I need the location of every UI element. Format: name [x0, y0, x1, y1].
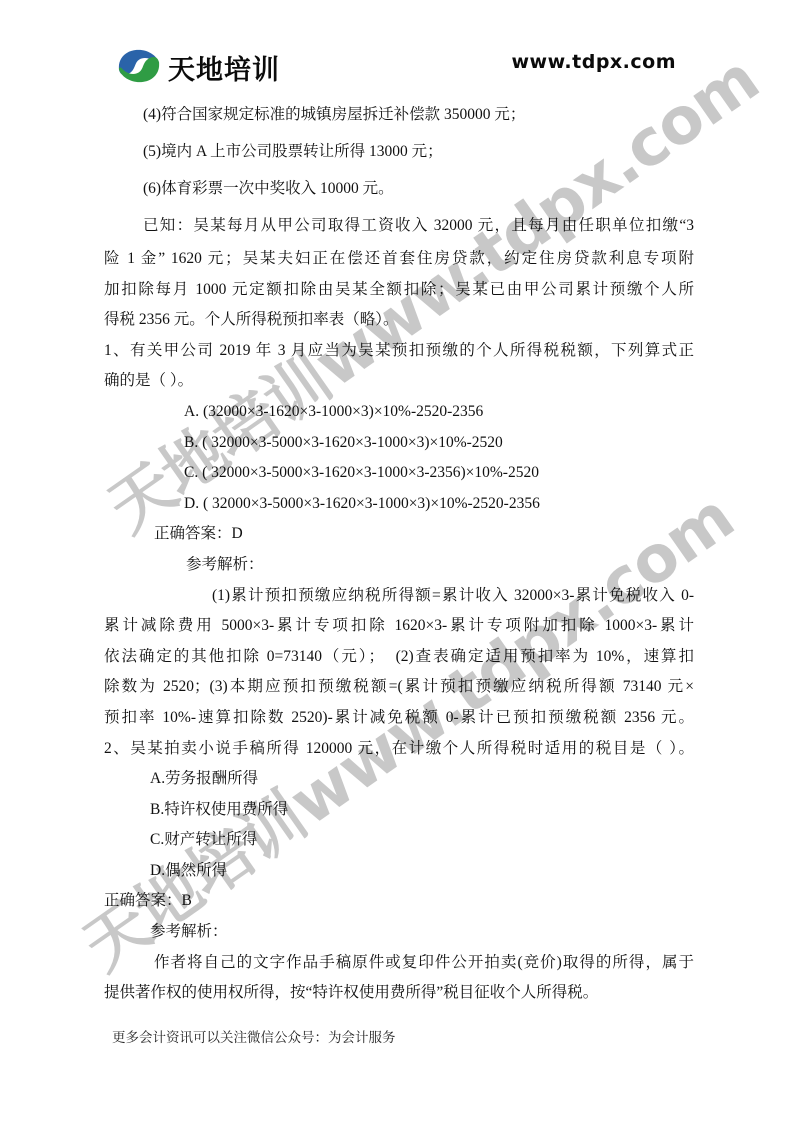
text-line: B.特许权使用费所得: [104, 795, 694, 826]
text-line: D.偶然所得: [104, 856, 694, 887]
text-line: 预扣率 10%-速算扣除数 2520)-累计减免税额 0-累计已预扣预缴税额 2…: [104, 703, 694, 734]
text-line: 正确答案：B: [104, 886, 694, 917]
document-body: (4)符合国家规定标准的城镇房屋拆迁补偿款 350000 元；(5)境内 A 上…: [104, 96, 694, 1009]
brand-name: 天地培训: [168, 48, 280, 87]
page-header: 天地培训 www.tdpx.com: [0, 0, 793, 96]
text-line: C.财产转让所得: [104, 825, 694, 856]
document-page: 天地培训 www.tdpx.com 天地培训www.tdpx.com 天地培训w…: [0, 0, 793, 1122]
text-line: (4)符合国家规定标准的城镇房屋拆迁补偿款 350000 元；: [104, 96, 694, 133]
text-line: 加扣除每月 1000 元定额扣除由吴某全额扣除；吴某已由甲公司累计预缴个人所: [104, 275, 694, 306]
text-line: B. ( 32000×3-5000×3-1620×3-1000×3)×10%-2…: [104, 428, 694, 459]
text-line: A.劳务报酬所得: [104, 764, 694, 795]
text-line: A. (32000×3-1620×3-1000×3)×10%-2520-2356: [104, 397, 694, 428]
footer-note: 更多会计资讯可以关注微信公众号：为会计服务: [112, 1026, 396, 1046]
text-line: 1、有关甲公司 2019 年 3 月应当为吴某预扣预缴的个人所得税税额，下列算式…: [104, 336, 694, 367]
text-line: 依法确定的其他扣除 0=73140（元）； (2)查表确定适用预扣率为 10%，…: [104, 642, 694, 673]
text-line: 提供著作权的使用权所得，按“特许权使用费所得”税目征收个人所得税。: [104, 978, 694, 1009]
text-line: 已知：吴某每月从甲公司取得工资收入 32000 元，且每月由任职单位扣缴“3: [104, 207, 694, 244]
text-line: 除数为 2520；(3)本期应预扣预缴税额=(累计预扣预缴应纳税所得额 7314…: [104, 672, 694, 703]
text-line: 正确答案：D: [104, 519, 694, 550]
text-line: 确的是（ ）。: [104, 366, 694, 397]
text-line: 累计减除费用 5000×3-累计专项扣除 1620×3-累计专项附加扣除 100…: [104, 611, 694, 642]
text-line: (5)境内 A 上市公司股票转让所得 13000 元；: [104, 133, 694, 170]
text-line: 作者将自己的文字作品手稿原件或复印件公开拍卖(竞价)取得的所得，属于: [104, 948, 694, 979]
text-line: (1)累计预扣预缴应纳税所得额=累计收入 32000×3-累计免税收入 0-: [104, 581, 694, 612]
text-line: C. ( 32000×3-5000×3-1620×3-1000×3-2356)×…: [104, 458, 694, 489]
website-url: www.tdpx.com: [511, 51, 676, 73]
text-line: (6)体育彩票一次中奖收入 10000 元。: [104, 170, 694, 207]
text-line: 参考解析：: [104, 917, 694, 948]
text-line: 险 1 金” 1620 元；吴某夫妇正在偿还首套住房贷款，约定住房贷款利息专项附: [104, 244, 694, 275]
text-line: 得税 2356 元。个人所得税预扣率表（略）。: [104, 305, 694, 336]
text-line: 参考解析：: [104, 550, 694, 581]
text-line: D. ( 32000×3-5000×3-1620×3-1000×3)×10%-2…: [104, 489, 694, 520]
brand-logo-icon: [116, 46, 162, 86]
text-line: 2、吴某拍卖小说手稿所得 120000 元，在计缴个人所得税时适用的税目是（ ）…: [104, 734, 694, 765]
